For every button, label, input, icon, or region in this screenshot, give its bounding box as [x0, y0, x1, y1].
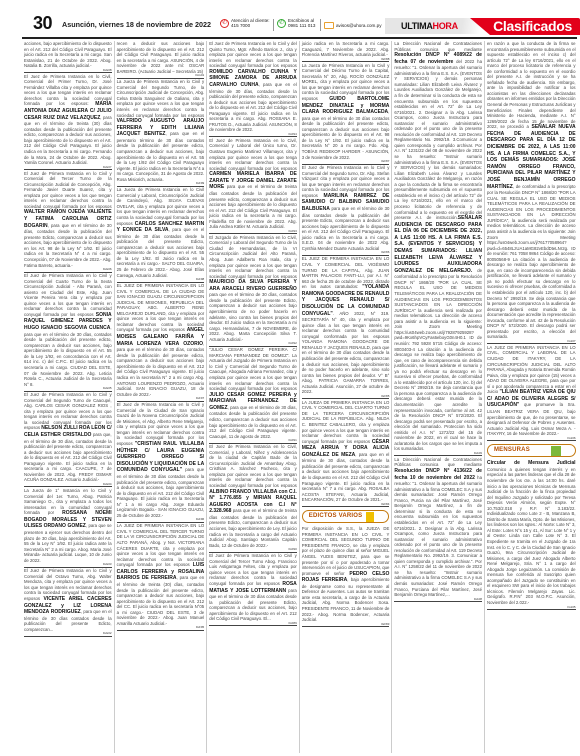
section-heading: MENSURAS — [487, 444, 576, 457]
classified-ad: LA JUEZA DE PRIMERA INSTANCIA EN LO CIVI… — [302, 400, 390, 507]
page-header: 30 Asunción, viernes 18 de noviembre de … — [0, 0, 580, 30]
ad-body-text: El Juez de Primera Instancia en lo Civil… — [24, 171, 112, 209]
section-heading: EDICTOS VARIOS — [302, 510, 390, 523]
ad-body-text: El Juzgado de Primera Instancia en lo Ci… — [209, 235, 297, 279]
ad-body-text: La Dirección Nacional de Contrataciones … — [394, 457, 482, 468]
ad-body-text: , para que en el término de 30 días, con… — [117, 341, 205, 397]
ad-body-text: , para que en el término de 30 días, con… — [24, 325, 112, 387]
ad-code: IGF97 — [117, 397, 205, 400]
ad-body-text: juicio radica en la Secretaría a mi carg… — [302, 41, 390, 57]
ad-code: IGF98 — [117, 278, 205, 281]
classified-ad: acciones, bajo apercibimiento de lo disp… — [24, 41, 112, 73]
ad-code: IGF95 — [117, 626, 205, 629]
ad-code: IG106 — [487, 437, 576, 440]
ad-body-text: para que en el término de treinta días c… — [209, 184, 297, 229]
classified-ad: recen a deducir sus acciones bajo aperci… — [117, 41, 205, 79]
classified-ad: El Juez de Primera Instancia en lo Civil… — [24, 74, 112, 170]
classified-ad: EL JUEZ DE PRIMERA INSTANCIA EN LO CIVIL… — [117, 283, 205, 402]
ad-body-text: El Juez de Primera Instancia en lo Civil… — [117, 402, 205, 446]
classified-ad: El Juez de Primera Instancia en lo Civil… — [24, 568, 112, 637]
header-rule — [22, 37, 577, 39]
ad-body-text: , de conformidad a lo prescripto por la … — [487, 184, 576, 340]
classified-ad: La Jueza de Primera Instancia en lo Civi… — [302, 63, 390, 165]
classified-ad: La Dirección Nacional de Contrataciones … — [394, 457, 482, 602]
ad-body-text: , para que se presenten a ejercer sus de… — [24, 523, 112, 562]
classified-ad: "JULIO CESAR GOMEZ PEREIRA C/ MARCIANA F… — [209, 347, 297, 443]
ad-code: IGG01 — [117, 74, 205, 77]
ad-code: IGG03 — [24, 563, 112, 566]
ad-code: IG108 — [394, 598, 482, 601]
classified-ad: El Juez de Primera Instancia en lo Civil… — [24, 392, 112, 487]
ad-code: IGF94 — [209, 133, 297, 136]
classified-ad: El Juez de Primera Instancia en lo Civil… — [24, 273, 112, 392]
phone-icon: ✆ — [220, 19, 229, 28]
ad-body-text: Comunico a quienes tengan interés y en e… — [487, 467, 576, 605]
ad-body-text: El Juez de Primera Instancia en lo Civil… — [209, 444, 297, 488]
ad-code: IGG06 — [24, 268, 112, 271]
ad-body-text: "JULIO CESAR GOMEZ PEREIRA C/ MARCIANA F… — [209, 347, 297, 391]
ad-body-text: del 2022 ha resuelto: "1. Ordenar la ape… — [394, 59, 482, 220]
ad-body-text: , para que en el término de treinta (30)… — [117, 575, 205, 625]
ad-body-text: El Juez de Primera Instancia en lo Civil… — [209, 41, 297, 68]
ad-body-text: de conformidad a lo prescripto por la Re… — [394, 268, 482, 452]
classified-ad: El Juzgado de Primera Instancia en lo Ci… — [209, 235, 297, 347]
ad-code: IGF91 — [209, 439, 297, 442]
classified-ad: El Juez de Primera Instancia en lo Civil… — [302, 165, 390, 256]
ad-body-text: La Dirección Nacional de Contrataciones … — [394, 41, 482, 52]
ad-body-text: recen a deducir sus acciones bajo aperci… — [117, 41, 205, 74]
column-3: El Juez de Primera Instancia en lo Civil… — [207, 41, 300, 753]
ad-code: IGG08 — [24, 69, 112, 72]
classified-ad: La Jueza de Primera Instancia en lo Civi… — [117, 187, 205, 282]
ad-body-text: El Juez de Primera Instancia en lo Civil… — [209, 138, 297, 171]
classified-ad: La Jueza de 1° Instancia en lo Civil y C… — [24, 488, 112, 568]
classified-ad: en razón a que la conducta de la firma s… — [487, 41, 576, 344]
ad-body-text: , para que en el término de 30 días cont… — [302, 109, 390, 159]
ad-body-text: , para que en el término de 30 días cont… — [117, 227, 205, 277]
classified-columns: acciones, bajo apercibimiento de lo disp… — [22, 41, 578, 753]
ad-body-text: LA JUEZ DE PRIMERA INSTANCIA EN LO CIVIL… — [487, 345, 576, 394]
section-title: Clasificados — [493, 18, 572, 34]
ad-body-text: para que en el término de 30 días, conta… — [209, 292, 297, 341]
ad-body-text: en razón a que la conducta de la firma s… — [487, 41, 576, 129]
contact-whatsapp: ✆ Escribinos al0981 111 013 — [277, 18, 315, 28]
ad-body-text: , bajo apercibimiento de designarse como… — [302, 577, 390, 622]
classified-ad: Por disposición de S.S., la JUEZA DE PRI… — [302, 526, 390, 627]
ad-code: IGG07 — [24, 166, 112, 169]
ad-body-text: LA JUEZ DE PRIMERA INSTANCIA EN LO CIVIL… — [117, 523, 205, 567]
ad-body-text: , para que en el término de treinta (30)… — [24, 115, 112, 165]
ad-body-text: para que, en el término de 30 días, cont… — [24, 432, 112, 482]
divider — [273, 19, 274, 31]
ad-code: IGF90 — [209, 548, 297, 551]
classified-ad: Circular de Mensura Judicial Comunico a … — [487, 460, 576, 610]
ad-code: IGF86 — [302, 251, 390, 254]
ad-body-text: LA JUEZA DE PRIMERA INSTANCIA EN LO CIVI… — [302, 400, 390, 444]
ad-highlight-name: Circular de Mensura Judicial — [487, 460, 576, 466]
section-label: EDICTOS VARIOS — [309, 514, 363, 520]
classified-ad: La Jueza de Primera Instancia en lo Civi… — [117, 79, 205, 186]
contact-email[interactable]: avisos@uhora.com.py — [324, 22, 382, 29]
ad-body-text: acciones, bajo apercibimiento de lo disp… — [24, 41, 112, 68]
ad-code: IG109 — [394, 452, 482, 455]
contact-phone: ✆ Atención al cliente:415 7000 — [220, 18, 270, 28]
ad-highlight-name: Resolución DNCP N° 4136/22 de fecha 10 d… — [394, 468, 482, 481]
ad-code: IG107 — [487, 340, 576, 343]
ad-code: IGF92 — [209, 342, 297, 345]
ad-body-text: para que en el término de treinta días c… — [209, 508, 297, 547]
ad-highlight-name: SEÑALAR AUDIENCIA DE DESCARGO PARA EL DÍ… — [394, 215, 482, 274]
ad-body-text: ha resuelto: "1. Ordenar la apertura del… — [394, 475, 482, 598]
page-number: 30 — [33, 13, 52, 34]
ad-code: IGF83 — [302, 623, 390, 626]
column-4: juicio radica en la Secretaría a mi carg… — [300, 41, 393, 753]
publication-date: Asunción, viernes 18 de noviembre de 202… — [62, 20, 211, 29]
mail-icon — [324, 22, 334, 29]
ad-highlight-name: SEÑALAR NUEVA FECHA DE AUDIENCIA DE DESC… — [487, 124, 576, 189]
ad-body-text: , para que en el perentorio término de 3… — [117, 131, 205, 181]
ad-body-text: . AÑO 2022, N° 319. SECRETARÍA N° 40, ci… — [302, 311, 390, 395]
ad-body-text: Por disposición de S.S., la JUEZA DE PRI… — [302, 526, 390, 575]
ad-body-text: , para que en el término de 30 días, con… — [209, 82, 297, 132]
ad-code: IGG02 — [24, 632, 112, 635]
ad-code: IGF93 — [209, 230, 297, 233]
column-6: en razón a que la conducta de la firma s… — [485, 41, 578, 753]
classified-ad: El Juez de Primera Instancia en lo Civil… — [117, 402, 205, 523]
ad-code: IG105 — [487, 606, 576, 609]
classified-ad: LA JUEZ DE PRIMERA INSTANCIA EN LO CIVIL… — [487, 345, 576, 441]
ad-code: IGF89 — [209, 622, 297, 625]
ad-body-text: EL JUEZ DE PRIMERA INSTANCIA EN LO CIVIL… — [117, 283, 205, 332]
column-5: La Dirección Nacional de Contrataciones … — [392, 41, 485, 753]
ad-code: IGF96 — [117, 518, 205, 521]
classified-ad: El Juez de Primera Instancia en lo Civil… — [209, 41, 297, 137]
column-1: acciones, bajo apercibimiento de lo disp… — [22, 41, 115, 753]
ad-code: IGG04 — [24, 483, 112, 486]
classified-ad: EL JUEZ DE PRIMERA INSTANCIA EN LO CIVIL… — [302, 256, 390, 399]
classified-ad: El Juez de Primera Instancia en lo Civil… — [24, 171, 112, 273]
classified-ad: La Dirección Nacional de Contrataciones … — [394, 41, 482, 456]
ad-body-text: , para que en el término de 30 días, con… — [302, 452, 390, 502]
divider — [320, 19, 321, 31]
ad-body-text: para que en el término de 30 días contad… — [302, 206, 390, 251]
section-label: MENSURAS — [494, 448, 530, 454]
classified-ad: El Juez de Primera Instancia en lo Civil… — [209, 553, 297, 626]
classified-ad: juicio radica en la Secretaría a mi carg… — [302, 41, 390, 62]
ad-body-text: , para que en el término de 30 días, con… — [24, 223, 112, 268]
ad-code: IGG05 — [24, 387, 112, 390]
column-2: recen a deducir sus acciones bajo aperci… — [115, 41, 208, 753]
brand-logo: ULTIMAHORA — [385, 18, 480, 34]
ad-code: IGF87 — [302, 160, 390, 163]
ad-highlight-name: MAURICIO DA SILVA PEREIRA Y ARA ARACELI … — [209, 279, 297, 292]
map-icon — [551, 446, 561, 456]
classified-ad: El Juez de Primera Instancia en lo Civil… — [209, 444, 297, 553]
ad-code: IGF85 — [302, 395, 390, 398]
ad-body-text: El Juez de Primera Instancia en lo Civil… — [24, 273, 112, 317]
ad-code: IGF99 — [117, 182, 205, 185]
ad-body-text: para que en el término de 30 días contad… — [117, 467, 205, 517]
ad-body-text: La Jueza de Primera Instancia en lo Civi… — [117, 79, 205, 117]
ad-code: IGF88 — [302, 58, 390, 61]
note-icon — [366, 512, 374, 522]
classified-ad: El Juez de Primera Instancia en lo Civil… — [209, 138, 297, 234]
whatsapp-icon: ✆ — [277, 19, 286, 28]
ad-code: IGF84 — [302, 503, 390, 506]
classified-ad: LA JUEZ DE PRIMERA INSTANCIA EN LO CIVIL… — [117, 523, 205, 630]
